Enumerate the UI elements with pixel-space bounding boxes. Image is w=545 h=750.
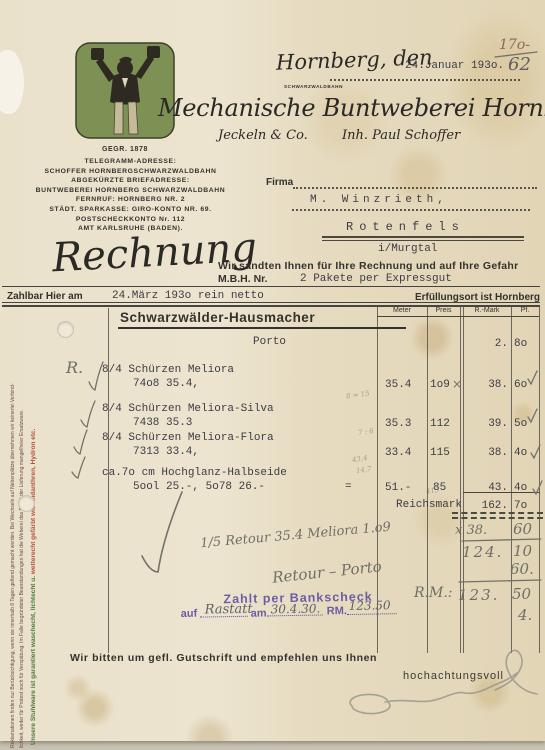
table-line-right (539, 306, 540, 653)
row1-meter: 35.4 (385, 379, 411, 391)
paper-damage-patch (0, 50, 24, 114)
stamp-auf-label: auf (181, 608, 198, 620)
row2-preis: 112 (430, 418, 450, 430)
margin-terms-line-1: Reklamationen finden nur Berücksichtigun… (10, 293, 16, 748)
invoice-date: 24.Januar 193o. (405, 60, 504, 72)
shipment-value: 2 Pakete per Expressgut (300, 273, 452, 285)
punch-hole-bottom (18, 495, 35, 512)
pencil-scribble-4: 14,7 (356, 465, 373, 475)
row3-rmark: 38. (464, 447, 508, 459)
hw-final-pf: 50 (512, 585, 531, 603)
hw-retour-amount: x 38. (455, 523, 487, 538)
pencil-sum-line-1 (462, 539, 541, 541)
check-mark-row1 (89, 362, 103, 390)
col-header-rmark: R.-Mark (463, 307, 511, 314)
hw-rm-label: R.M.: (414, 585, 453, 601)
margin-terms-line-2: lichkeit, weder für Protest noch für Ver… (19, 293, 25, 748)
pencil-scribble-2: 7 : 6 (358, 427, 375, 437)
closing-line: Wir bitten um gefl. Gutschrift und empfe… (70, 652, 377, 664)
margin-guarantee-green: Unsere Stuhlware ist garantiert waschech… (30, 574, 37, 745)
check-mark-row3 (74, 430, 87, 454)
company-owners-left: Jeckeln & Co. (218, 128, 308, 143)
porto-pf: 8o (514, 338, 527, 350)
big-check-mark (142, 492, 182, 572)
margin-guarantee-line: Unsere Stuhlware ist garantiert waschech… (30, 293, 37, 745)
founded-year: GEGR. 1878 (75, 146, 175, 153)
hw-final-extra: 4. (518, 606, 532, 624)
total-label: Reichsmark (396, 499, 462, 511)
row2-rmark: 39. (464, 418, 508, 430)
row3-desc2: 7313 33.4, (133, 446, 199, 458)
row1-rmark: 38. (464, 379, 508, 391)
fernruf-line: FERNRUF: HORNBERG NR. 2 (8, 195, 253, 205)
stamp-rm-fill: 123.50 (349, 598, 391, 613)
firma-line (293, 186, 537, 189)
recipient-city: Rotenfels (346, 220, 465, 234)
hw-subtotal-pf: 10 (513, 542, 532, 560)
product-heading-underline (118, 327, 406, 329)
check-mark-row4 (72, 457, 85, 478)
firma-label: Firma (266, 177, 293, 188)
row4-desc2: 5ool 25.-, 5o78 26.- (133, 481, 265, 493)
row1-desc1: 8/4 Schürzen Meliora (102, 364, 234, 376)
recipient-name-line (292, 208, 530, 211)
invoice-document: GEGR. 1878 TELEGRAMM-ADRESSE: SCHOFFER H… (0, 0, 545, 741)
pencil-sum-line-2 (459, 580, 541, 582)
col-header-underline (377, 316, 539, 317)
terms-rule-top (2, 286, 540, 287)
total-pf: 7o (514, 500, 527, 512)
pencil-scribble-1: 8 = 15 (346, 389, 371, 400)
shipment-line: Wir sandten Ihnen für Ihre Rechnung und … (218, 260, 519, 272)
company-owner-name: Inh. Paul Schoffer (342, 128, 460, 143)
row2-desc2: 7438 35.3 (133, 417, 192, 429)
payable-terms: 24.März 193o rein netto (112, 290, 264, 302)
weaver-boy-logo (75, 42, 175, 139)
hw-subtotal: 124. (462, 543, 503, 561)
recipient-name: M. Winzrieth, (310, 194, 448, 206)
row3-desc1: 8/4 Schürzen Meliora-Flora (102, 432, 274, 444)
tick-after-row1 (528, 371, 537, 384)
stamp-auf-fill: Rastatt (205, 602, 253, 618)
date-underline (330, 78, 520, 81)
stamp-rm-label: RM. (327, 605, 347, 617)
punch-hole-top (57, 321, 74, 338)
pencil-number-bottom: 62 (508, 54, 531, 75)
porto-label: Porto (253, 336, 286, 348)
stamp-am-fill: 30.4.30. (271, 602, 321, 617)
place-sub-label: SCHWARZWALDBAHN (284, 84, 343, 89)
pencil-number-top: 17o- (499, 37, 530, 53)
telegram-value: SCHOFFER HORNBERGSCHWARZWALDBAHN (8, 167, 253, 177)
row1-pencil-x-mark: × (452, 377, 462, 391)
row4-meter: 51.- (385, 482, 411, 494)
product-heading: Schwarzwälder-Hausmacher (120, 310, 315, 325)
sparkasse-line: STÄDT. SPARKASSE: GIRO-KONTO NR. 69. (8, 205, 253, 215)
total-rmark: 162. (464, 500, 508, 512)
row1-preis: 1o9 (430, 379, 450, 391)
hw-retour-amount-pf: 60 (513, 520, 532, 538)
postscheck-line: POSTSCHECKKONTO Nr. 112 (8, 215, 253, 225)
pencil-scribble-3: 43,4 (352, 454, 369, 464)
recipient-district: i/Murgtal (378, 243, 437, 255)
hw-final-amount: 123. (458, 586, 499, 604)
signature-oval (350, 694, 390, 713)
row4-desc1: ca.7o cm Hochglanz-Halbseide (102, 467, 287, 479)
briefadresse-value: BUNTWEBEREI HORNBERG SCHWARZWALDBAHN (8, 186, 253, 196)
row1-pencil-prefix: R. (66, 358, 83, 377)
briefadresse-label: ABGEKÜRZTE BRIEFADRESSE: (8, 176, 253, 186)
row2-desc1: 8/4 Schürzen Meliora-Silva (102, 403, 274, 415)
row4-equals: = (345, 481, 352, 493)
col-header-pf: Pf. (511, 307, 539, 314)
row3-preis: 115 (430, 447, 450, 459)
hw-retour-porto-note: Retour – Porto (271, 557, 382, 586)
pencil-scribble-5: 415 (426, 486, 440, 496)
row1-pf: 6o (514, 379, 527, 391)
porto-rmark: 2. (464, 338, 508, 350)
row1-desc2: 74o8 35.4, (133, 378, 199, 390)
col-header-preis: Preis (427, 307, 460, 314)
telegram-label: TELEGRAMM-ADRESSE: (8, 157, 253, 167)
row3-pf: 4o (514, 447, 527, 459)
sum-line (463, 492, 540, 493)
table-line-left (108, 308, 109, 653)
col-header-meter: Meter (377, 307, 427, 314)
hw-porto-retour-amount: 60. (510, 560, 534, 578)
row3-meter: 33.4 (385, 447, 411, 459)
recipient-city-rule (322, 236, 524, 241)
row2-pf: 5o (514, 418, 527, 430)
company-name-script: Mechanische Buntweberei Hornberg (158, 94, 545, 122)
hw-retour-note: 1/5 Retour 35.4 Meliora 1.o9 (200, 520, 392, 552)
stamp-am-label: am (251, 607, 267, 619)
total-double-dashed-rule (452, 512, 543, 519)
tick-after-row2 (528, 409, 537, 422)
check-mark-row2 (81, 401, 95, 427)
salutation: hochachtungsvoll (403, 670, 504, 682)
mbh-label: M.B.H. Nr. (218, 273, 268, 285)
letterhead-address-block: TELEGRAMM-ADRESSE: SCHOFFER HORNBERGSCHW… (8, 157, 253, 234)
stamp-rm-line (347, 613, 397, 615)
row2-meter: 35.3 (385, 418, 411, 430)
